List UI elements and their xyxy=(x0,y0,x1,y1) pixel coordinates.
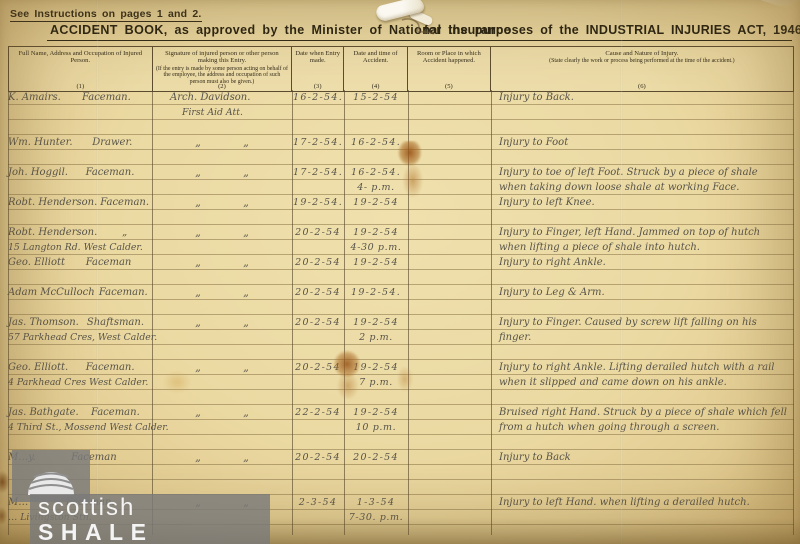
entry-date: 17-2-54. xyxy=(292,135,344,150)
column-number: (2) xyxy=(153,83,292,90)
cell-cause: Injury to Back. xyxy=(491,90,794,105)
table-row: Robt. Henderson.„15 Langton Rd. West Cal… xyxy=(8,225,794,255)
column-label: Cause and Nature of Injury. xyxy=(494,50,790,57)
cell-accident-date: 19-2-547 p.m. xyxy=(344,360,408,390)
ditto-mark: „ xyxy=(243,135,249,150)
header-cell-2: Signature of injured person or other per… xyxy=(153,47,293,91)
corner-crease xyxy=(752,0,800,13)
entry-date: 17-2-54. xyxy=(292,165,344,180)
cell-entry-date: 20-2-54 xyxy=(292,450,344,465)
table-body: K. Amairs.Faceman.Arch. Davidson.First A… xyxy=(8,90,794,535)
ditto-mark: „ xyxy=(195,360,201,375)
occupation: Faceman xyxy=(65,255,152,270)
accident-date: 1-3-54 xyxy=(344,495,408,510)
cell-cause: Injury to left Hand. when lifting a dera… xyxy=(491,495,794,510)
table-row: Robt. Henderson.Faceman.„„19-2-54.19-2-5… xyxy=(8,195,794,225)
ditto-marks: „„ xyxy=(152,255,292,270)
table-row: Adam McCullochFaceman.„„20-2-5419-2-54.I… xyxy=(8,285,794,315)
accident-date: 19-2-54 xyxy=(344,255,408,270)
cell-entry-date: 16-2-54. xyxy=(292,90,344,105)
header-cell-1: Full Name, Address and Occupation of Inj… xyxy=(9,47,153,91)
column-number: (1) xyxy=(9,83,152,90)
instructions-note: See Instructions on pages 1 and 2. xyxy=(10,8,202,22)
cause-of-injury: Injury to toe of left Foot. Struck by a … xyxy=(491,165,794,195)
ditto-marks: „„ xyxy=(152,135,292,150)
cell-signature: „„ xyxy=(152,135,292,150)
ditto-mark: „ xyxy=(195,225,201,240)
cell-signature: „„ xyxy=(152,225,292,240)
cell-cause: Injury to left Knee. xyxy=(491,195,794,210)
occupation: Shaftsman. xyxy=(79,315,152,330)
occupation: „ xyxy=(97,225,152,240)
injured-person-name: Robt. Henderson. xyxy=(8,195,97,210)
header-cell-5: Room or Place in which Accident happened… xyxy=(408,47,491,91)
occupation: Drawer. xyxy=(73,135,152,150)
cell-cause: Injury to Leg & Arm. xyxy=(491,285,794,300)
header-cell-6: Cause and Nature of Injury.(State clearl… xyxy=(491,47,793,91)
column-number: (4) xyxy=(344,83,407,90)
accident-date: 19-2-54 xyxy=(344,225,408,240)
column-note: (State clearly the work or process being… xyxy=(494,58,790,64)
cell-signature: „„ xyxy=(152,285,292,300)
ditto-mark: „ xyxy=(195,315,201,330)
watermark-text: scottish SHALE xyxy=(30,494,270,544)
ditto-mark: „ xyxy=(243,165,249,180)
accident-date: 19-2-54 xyxy=(344,195,408,210)
injured-person-name: Wm. Hunter. xyxy=(8,135,73,150)
cause-of-injury: Injury to Back. xyxy=(491,90,794,105)
cell-accident-date: 16-2-54.4- p.m. xyxy=(344,165,408,195)
ditto-mark: „ xyxy=(195,255,201,270)
cause-of-injury: Injury to Back xyxy=(491,450,794,465)
entry-date: 22-2-54 xyxy=(292,405,344,420)
cell-accident-date: 19-2-5410 p.m. xyxy=(344,405,408,435)
ditto-mark: „ xyxy=(195,285,201,300)
cause-of-injury: Bruised right Hand. Struck by a piece of… xyxy=(491,405,794,435)
cell-name: Jas. Thomson.Shaftsman.57 Parkhead Cres,… xyxy=(8,315,152,345)
cell-accident-date: 19-2-54 xyxy=(344,255,408,270)
cell-signature: „„ xyxy=(152,360,292,375)
accident-date: 19-2-54. xyxy=(344,285,408,300)
column-label: Signature of injured person or other per… xyxy=(156,50,289,65)
accident-date: 16-2-54. xyxy=(344,135,408,150)
ditto-mark: „ xyxy=(243,195,249,210)
column-label: Date and time of Accident. xyxy=(347,50,404,65)
injured-person-name: Jas. Bathgate. xyxy=(8,405,79,420)
header-cell-4: Date and time of Accident.(4) xyxy=(344,47,408,91)
entry-date: 20-2-54 xyxy=(292,315,344,330)
cell-signature: „„ xyxy=(152,450,292,465)
cell-name: Robt. Henderson.Faceman. xyxy=(8,195,152,210)
cell-cause: Injury to right Ankle. Lifting derailed … xyxy=(491,360,794,390)
cell-signature: „„ xyxy=(152,255,292,270)
ditto-marks: „„ xyxy=(152,315,292,330)
table-row: M…y.Faceman„„20-2-5420-2-54Injury to Bac… xyxy=(8,450,794,480)
signature: Arch. Davidson. xyxy=(152,90,292,105)
accident-time: 7-30. p.m. xyxy=(344,510,408,525)
cell-entry-date: 17-2-54. xyxy=(292,165,344,180)
ditto-mark: „ xyxy=(195,135,201,150)
ditto-mark: „ xyxy=(243,360,249,375)
cell-accident-date: 19-2-544-30 p.m. xyxy=(344,225,408,255)
address: 15 Langton Rd. West Calder. xyxy=(8,240,152,255)
entry-date: 16-2-54. xyxy=(292,90,344,105)
cell-entry-date: 20-2-54 xyxy=(292,360,344,375)
column-number: (6) xyxy=(491,83,793,90)
ditto-marks: „„ xyxy=(152,405,292,420)
cell-cause: Injury to Foot xyxy=(491,135,794,150)
accident-time: 7 p.m. xyxy=(344,375,408,390)
accident-date: 19-2-54 xyxy=(344,315,408,330)
cell-accident-date: 1-3-547-30. p.m. xyxy=(344,495,408,525)
cause-of-injury: Injury to Finger, left Hand. Jammed on t… xyxy=(491,225,794,255)
entry-date: 2-3-54 xyxy=(292,495,344,510)
ditto-marks: „„ xyxy=(152,360,292,375)
cell-entry-date: 19-2-54. xyxy=(292,195,344,210)
table-row: Jas. Thomson.Shaftsman.57 Parkhead Cres,… xyxy=(8,315,794,345)
entry-date: 20-2-54 xyxy=(292,360,344,375)
column-number: (3) xyxy=(292,83,343,90)
cell-entry-date: 2-3-54 xyxy=(292,495,344,510)
cell-entry-date: 22-2-54 xyxy=(292,405,344,420)
ditto-mark: „ xyxy=(195,165,201,180)
cell-signature: „„ xyxy=(152,195,292,210)
table-row: K. Amairs.Faceman.Arch. Davidson.First A… xyxy=(8,90,794,120)
accident-table: Full Name, Address and Occupation of Inj… xyxy=(8,46,794,535)
injured-person-name: Joh. Hoggil. xyxy=(8,165,68,180)
injured-person-name: Jas. Thomson. xyxy=(8,315,79,330)
accident-date: 19-2-54 xyxy=(344,360,408,375)
ditto-mark: „ xyxy=(243,285,249,300)
cell-entry-date: 20-2-54 xyxy=(292,255,344,270)
accident-time: 10 p.m. xyxy=(344,420,408,435)
cell-cause: Injury to right Ankle. xyxy=(491,255,794,270)
table-row: Geo. Elliott.Faceman.4 Parkhead Cres Wes… xyxy=(8,360,794,390)
cell-entry-date: 20-2-54 xyxy=(292,225,344,240)
column-number: (5) xyxy=(408,83,490,90)
accident-time: 4-30 p.m. xyxy=(344,240,408,255)
cell-cause: Bruised right Hand. Struck by a piece of… xyxy=(491,405,794,435)
ditto-mark: „ xyxy=(243,315,249,330)
address: 57 Parkhead Cres, West Calder. xyxy=(8,330,152,345)
occupation: Faceman. xyxy=(61,90,152,105)
injured-person-name: Geo. Elliott. xyxy=(8,360,68,375)
cell-signature: „„ xyxy=(152,315,292,330)
entry-date: 20-2-54 xyxy=(292,285,344,300)
table-row: Jas. Bathgate.Faceman.4 Third St., Mosse… xyxy=(8,405,794,435)
cell-signature: „„ xyxy=(152,405,292,420)
ditto-mark: „ xyxy=(243,450,249,465)
entry-date: 20-2-54 xyxy=(292,255,344,270)
occupation: Faceman. xyxy=(95,285,152,300)
ditto-marks: „„ xyxy=(152,450,292,465)
occupation: Faceman. xyxy=(68,165,152,180)
column-label: Date when Entry made. xyxy=(295,50,340,65)
cell-signature: „„ xyxy=(152,165,292,180)
signature-role: First Aid Att. xyxy=(152,105,292,120)
cell-name: Geo. Elliott.Faceman.4 Parkhead Cres Wes… xyxy=(8,360,152,390)
cell-entry-date: 17-2-54. xyxy=(292,135,344,150)
ditto-marks: „„ xyxy=(152,285,292,300)
injured-person-name: K. Amairs. xyxy=(8,90,61,105)
address: 4 Third St., Mossend West Calder. xyxy=(8,420,152,435)
cell-name: Geo. ElliottFaceman xyxy=(8,255,152,270)
address: 4 Parkhead Cres West Calder. xyxy=(8,375,152,390)
cell-accident-date: 19-2-54 xyxy=(344,195,408,210)
cell-name: Joh. Hoggil.Faceman. xyxy=(8,165,152,180)
accident-date: 20-2-54 xyxy=(344,450,408,465)
cell-cause: Injury to toe of left Foot. Struck by a … xyxy=(491,165,794,195)
paper-background: See Instructions on pages 1 and 2. ACCID… xyxy=(0,0,800,544)
cell-name: Adam McCullochFaceman. xyxy=(8,285,152,300)
column-label: Full Name, Address and Occupation of Inj… xyxy=(12,50,149,65)
header-cell-3: Date when Entry made.(3) xyxy=(292,47,344,91)
entry-date: 20-2-54 xyxy=(292,450,344,465)
ditto-marks: „„ xyxy=(152,165,292,180)
ditto-mark: „ xyxy=(243,225,249,240)
table-header: Full Name, Address and Occupation of Inj… xyxy=(8,46,794,92)
accident-date: 19-2-54 xyxy=(344,405,408,420)
cell-accident-date: 19-2-54. xyxy=(344,285,408,300)
entry-date: 19-2-54. xyxy=(292,195,344,210)
cause-of-injury: Injury to right Ankle. xyxy=(491,255,794,270)
accident-date: 16-2-54. xyxy=(344,165,408,180)
cell-accident-date: 15-2-54 xyxy=(344,90,408,105)
cause-of-injury: Injury to left Knee. xyxy=(491,195,794,210)
occupation: Faceman. xyxy=(68,360,152,375)
cell-name: Jas. Bathgate.Faceman.4 Third St., Mosse… xyxy=(8,405,152,435)
occupation: Faceman. xyxy=(97,195,152,210)
cell-accident-date: 20-2-54 xyxy=(344,450,408,465)
accident-time: 4- p.m. xyxy=(344,180,408,195)
cell-cause: Injury to Back xyxy=(491,450,794,465)
ditto-mark: „ xyxy=(195,450,201,465)
cell-accident-date: 16-2-54. xyxy=(344,135,408,150)
watermark-line2: SHALE xyxy=(38,520,262,544)
cell-entry-date: 20-2-54 xyxy=(292,315,344,330)
cell-entry-date: 20-2-54 xyxy=(292,285,344,300)
accident-time: 2 p.m. xyxy=(344,330,408,345)
cause-of-injury: Injury to right Ankle. Lifting derailed … xyxy=(491,360,794,390)
injured-person-name: Geo. Elliott xyxy=(8,255,65,270)
cause-of-injury: Injury to Foot xyxy=(491,135,794,150)
cause-of-injury: Injury to Leg & Arm. xyxy=(491,285,794,300)
injured-person-name: Adam McCulloch xyxy=(8,285,95,300)
table-row: Wm. Hunter.Drawer.„„17-2-54.16-2-54.Inju… xyxy=(8,135,794,165)
watermark-line1: scottish xyxy=(38,495,262,520)
entry-date: 20-2-54 xyxy=(292,225,344,240)
column-label: Room or Place in which Accident happened… xyxy=(411,50,487,65)
ditto-mark: „ xyxy=(243,255,249,270)
ditto-mark: „ xyxy=(195,195,201,210)
ditto-marks: „„ xyxy=(152,195,292,210)
cell-name: Robt. Henderson.„15 Langton Rd. West Cal… xyxy=(8,225,152,255)
injured-person-name: Robt. Henderson. xyxy=(8,225,97,240)
cell-name: K. Amairs.Faceman. xyxy=(8,90,152,105)
ditto-marks: „„ xyxy=(152,225,292,240)
cause-of-injury: Injury to left Hand. when lifting a dera… xyxy=(491,495,794,510)
accident-date: 15-2-54 xyxy=(344,90,408,105)
cell-signature: Arch. Davidson.First Aid Att. xyxy=(152,90,292,120)
table-row: Geo. ElliottFaceman„„20-2-5419-2-54Injur… xyxy=(8,255,794,285)
cause-of-injury: Injury to Finger. Caused by screw lift f… xyxy=(491,315,794,345)
ditto-mark: „ xyxy=(195,405,201,420)
occupation: Faceman. xyxy=(79,405,152,420)
page-title-act: for the purposes of the INDUSTRIAL INJUR… xyxy=(424,23,800,37)
cell-cause: Injury to Finger. Caused by screw lift f… xyxy=(491,315,794,345)
ditto-mark: „ xyxy=(243,405,249,420)
cell-cause: Injury to Finger, left Hand. Jammed on t… xyxy=(491,225,794,255)
cell-name: Wm. Hunter.Drawer. xyxy=(8,135,152,150)
table-row: Joh. Hoggil.Faceman.„„17-2-54.16-2-54.4-… xyxy=(8,165,794,195)
cell-accident-date: 19-2-542 p.m. xyxy=(344,315,408,345)
